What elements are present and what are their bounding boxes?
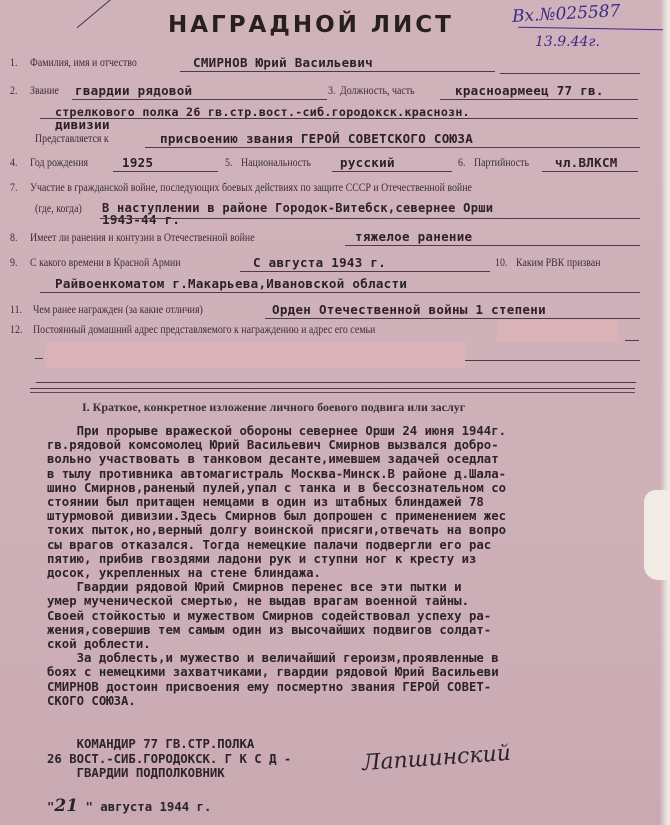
underline bbox=[35, 358, 43, 359]
field-7: 7. Участие в гражданской войне, последую… bbox=[10, 182, 543, 194]
field-2-label: Звание bbox=[30, 85, 59, 97]
citation-line: пятию, прибив гвоздями ладони рук и ступ… bbox=[47, 552, 647, 566]
citation-line: досок, укрепленных на стене блиндажа. bbox=[47, 566, 647, 580]
underline bbox=[36, 382, 636, 383]
field-3: 3. Должность, часть bbox=[328, 85, 426, 97]
field-10-label: Каким РВК призван bbox=[516, 257, 601, 269]
field-11-number: 11. bbox=[10, 304, 22, 316]
field-5: 5. Национальность bbox=[225, 157, 322, 169]
presented-to-label: Представляется к bbox=[35, 133, 109, 145]
citation-line: Гвардии рядовой Юрий Смирнов перенес все… bbox=[47, 580, 647, 594]
field-3-value: красноармеец 77 гв. bbox=[455, 83, 604, 98]
date-day: 21 bbox=[54, 796, 78, 816]
underline bbox=[180, 71, 495, 72]
underline bbox=[332, 171, 452, 172]
underline bbox=[542, 171, 638, 172]
field-4-number: 4. bbox=[10, 157, 17, 169]
underline bbox=[345, 245, 640, 246]
registration-date: 13.9.44г. bbox=[535, 34, 600, 50]
field-5-number: 5. bbox=[225, 157, 232, 169]
citation-text: При прорыве вражеской обороны севернее О… bbox=[47, 424, 647, 708]
commander-title: КОМАНДИР 77 ГВ.СТР.ПОЛКА bbox=[47, 737, 291, 752]
underline bbox=[265, 318, 640, 319]
citation-line: шино Смирнов,раненый пулей,упал с танка … bbox=[47, 481, 647, 495]
field-8: 8. Имеет ли ранения и контузии в Отечест… bbox=[10, 232, 291, 244]
field-6-number: 6. bbox=[458, 157, 465, 169]
field-12-label: Постоянный домашний адрес представляемог… bbox=[33, 324, 375, 336]
citation-line: токих пыток,но,верный долгу воинской при… bbox=[47, 523, 647, 537]
commander-rank: ГВАРДИИ ПОДПОЛКОВНИК bbox=[47, 766, 291, 781]
presented-to: Представляется к bbox=[35, 133, 121, 145]
field-9: 9. С какого времени в Красной Армии bbox=[10, 257, 205, 269]
citation-line: в тылу противника автомагистраль Москва-… bbox=[47, 467, 647, 481]
paper-edge bbox=[660, 0, 670, 825]
citation-line: За доблесть,и мужество и величайший геро… bbox=[47, 651, 647, 665]
field-11: 11. Чем ранее награжден (за какие отличи… bbox=[10, 304, 230, 316]
field-5-value: русский bbox=[340, 155, 395, 170]
citation-line: умер мученической смертью, не выдав враг… bbox=[47, 594, 647, 608]
underline bbox=[40, 292, 640, 293]
field-1-label: Фамилия, имя и отчество bbox=[30, 57, 137, 69]
citation-line: боях с немецкими захватчиками, гвардии р… bbox=[47, 665, 647, 679]
field-6: 6. Партийность bbox=[458, 157, 537, 169]
underline bbox=[465, 360, 640, 361]
field-3-number: 3. bbox=[328, 85, 335, 97]
field-7-label-2: (где, когда) bbox=[35, 203, 82, 215]
underline bbox=[145, 147, 640, 148]
underline bbox=[240, 271, 490, 272]
field-7-label: Участие в гражданской войне, последующих… bbox=[30, 182, 472, 194]
field-1-value: СМИРНОВ Юрий Васильевич bbox=[193, 55, 373, 70]
field-7-where-when: (где, когда) bbox=[35, 203, 89, 215]
field-12-number: 12. bbox=[10, 324, 22, 336]
citation-line: штурмовой дивизии.Здесь Смирнов был допр… bbox=[47, 509, 647, 523]
field-9-value: С августа 1943 г. bbox=[253, 255, 386, 270]
field-2-value: гвардии рядовой bbox=[75, 83, 192, 98]
underline bbox=[500, 73, 640, 74]
field-1: 1. Фамилия, имя и отчество bbox=[10, 57, 154, 69]
citation-line: СМИРНОВ достоин присвоения ему посмертно… bbox=[47, 680, 647, 694]
field-10-number: 10. bbox=[495, 257, 507, 269]
field-4: 4. Год рождения bbox=[10, 157, 97, 169]
underline bbox=[40, 118, 638, 119]
underline bbox=[100, 218, 640, 219]
document-date: "21 " августа 1944 г. bbox=[47, 796, 211, 816]
field-3-value-continued: стрелкового полка 26 гв.стр.вост.-сиб.го… bbox=[55, 105, 470, 119]
field-2: 2. Звание bbox=[10, 85, 63, 97]
field-6-label: Партийность bbox=[474, 157, 529, 169]
field-7-value-continued: 1943-44 г. bbox=[102, 212, 180, 227]
citation-line: вольно участвовать в танковом десанте,им… bbox=[47, 452, 647, 466]
field-4-label: Год рождения bbox=[30, 157, 88, 169]
citation-line: жения,совершив тем самым один из высочай… bbox=[47, 623, 647, 637]
presented-to-value: присвоению звания ГЕРОЙ СОВЕТСКОГО СОЮЗА bbox=[160, 131, 473, 146]
underline bbox=[72, 99, 327, 100]
field-9-number: 9. bbox=[10, 257, 17, 269]
citation-line: Своей стойкостью и мужеством Смирнов сод… bbox=[47, 609, 647, 623]
redacted-address-2 bbox=[45, 342, 465, 368]
field-3-value-continued-2: дивизии bbox=[55, 117, 110, 132]
field-11-value: Орден Отечественной войны 1 степени bbox=[272, 302, 546, 317]
field-6-value: чл.ВЛКСМ bbox=[555, 155, 618, 170]
underline bbox=[625, 340, 639, 341]
citation-line: При прорыве вражеской обороны севернее О… bbox=[47, 424, 647, 438]
field-4-value: 1925 bbox=[122, 155, 153, 170]
citation-line: сы врагов отказался. Тогда немецкие пала… bbox=[47, 538, 647, 552]
field-5-label: Национальность bbox=[241, 157, 311, 169]
date-month-year: " августа 1944 г. bbox=[85, 800, 211, 814]
citation-line: гв.рядовой комсомолец Юрий Васильевич См… bbox=[47, 438, 647, 452]
citation-line: СКОГО СОЮЗА. bbox=[47, 694, 647, 708]
field-10-value: Райвоенкоматом г.Макарьева,Ивановской об… bbox=[55, 276, 407, 291]
field-7-number: 7. bbox=[10, 182, 17, 194]
citation-line: стоянии был притащен немцами в один из ш… bbox=[47, 495, 647, 509]
field-10: 10. Каким РВК призван bbox=[495, 257, 615, 269]
field-11-label: Чем ранее награжден (за какие отличия) bbox=[33, 304, 203, 316]
field-12: 12. Постоянный домашний адрес представля… bbox=[10, 324, 431, 336]
field-8-value: тяжелое ранение bbox=[355, 229, 472, 244]
underline bbox=[113, 171, 218, 172]
field-9-label: С какого времени в Красной Армии bbox=[30, 257, 181, 269]
underline bbox=[440, 99, 638, 100]
signature-block: КОМАНДИР 77 ГВ.СТР.ПОЛКА26 ВОСТ.-СИБ.ГОР… bbox=[47, 737, 291, 781]
redacted-address bbox=[497, 320, 619, 342]
field-8-number: 8. bbox=[10, 232, 17, 244]
field-2-number: 2. bbox=[10, 85, 17, 97]
section-heading: I. Краткое, конкретное изложение личного… bbox=[82, 400, 465, 415]
division-name: 26 ВОСТ.-СИБ.ГОРОДОКСК. Г К С Д - bbox=[47, 752, 291, 767]
document-title: НАГРАДНОЙ ЛИСТ bbox=[168, 12, 454, 38]
section-divider bbox=[30, 388, 635, 389]
section-divider-2 bbox=[30, 392, 635, 393]
paper-tear bbox=[644, 490, 670, 580]
field-8-label: Имеет ли ранения и контузии в Отечествен… bbox=[30, 232, 255, 244]
field-3-label: Должность, часть bbox=[340, 85, 415, 97]
citation-line: ской доблести. bbox=[47, 637, 647, 651]
field-1-number: 1. bbox=[10, 57, 17, 69]
